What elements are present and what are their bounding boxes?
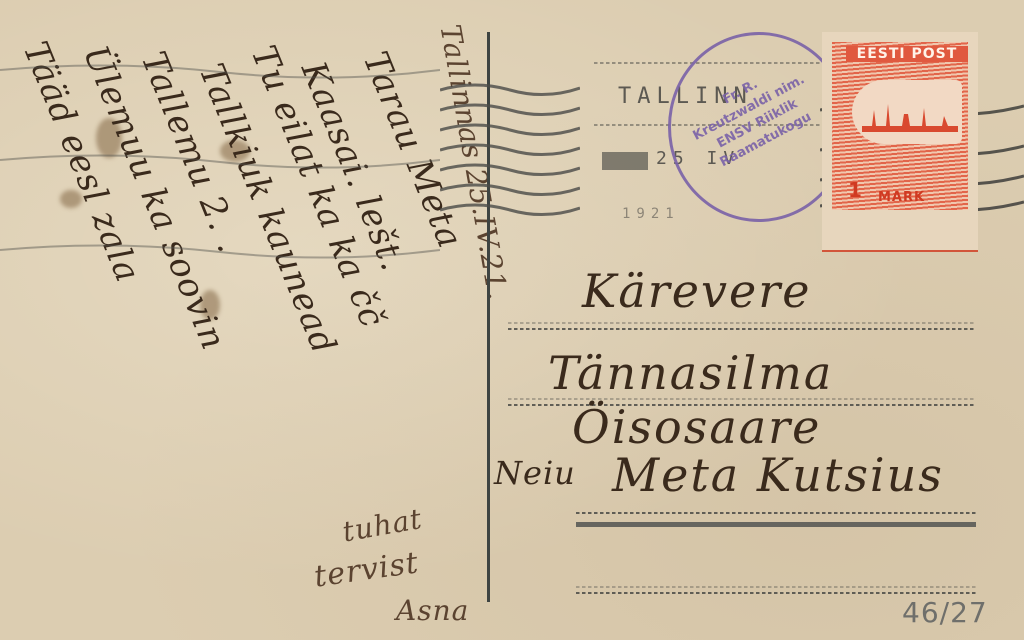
city-skyline-icon (852, 80, 962, 144)
postcard: Tääd eesl zala Ülemuu ka soovin Tallemu … (0, 0, 1024, 640)
signature: Asna (396, 594, 469, 627)
stamp-denomination: MARK (878, 190, 925, 205)
closing-line: tuhat (340, 502, 425, 548)
cancellation-lines (0, 60, 440, 280)
postmark-year: 1921 (622, 206, 680, 222)
postmark-bar (602, 152, 648, 170)
stamp-value: 1 (848, 178, 862, 202)
cancellation-lines (440, 80, 580, 230)
address-line-3: Öisosaare (572, 400, 821, 454)
address-line-rule (576, 512, 976, 514)
address-prefix: Neiu (494, 454, 576, 492)
address-line-rule (508, 322, 976, 324)
address-line-1: Kärevere (582, 264, 811, 318)
address-line-rule (576, 586, 976, 588)
catalog-number: 46/27 (902, 596, 988, 629)
address-line-rule (576, 522, 976, 527)
address-line-rule (508, 328, 976, 330)
recipient-name: Meta Kutsius (612, 448, 944, 502)
address-line-rule (576, 592, 976, 594)
postage-stamp: EESTI POST 1 MARK (822, 32, 978, 252)
stamp-title: EESTI POST (846, 46, 968, 62)
skyline-icon (852, 80, 962, 144)
address-line-2: Tännasilma (548, 346, 833, 400)
closing-line: tervist (312, 545, 421, 594)
